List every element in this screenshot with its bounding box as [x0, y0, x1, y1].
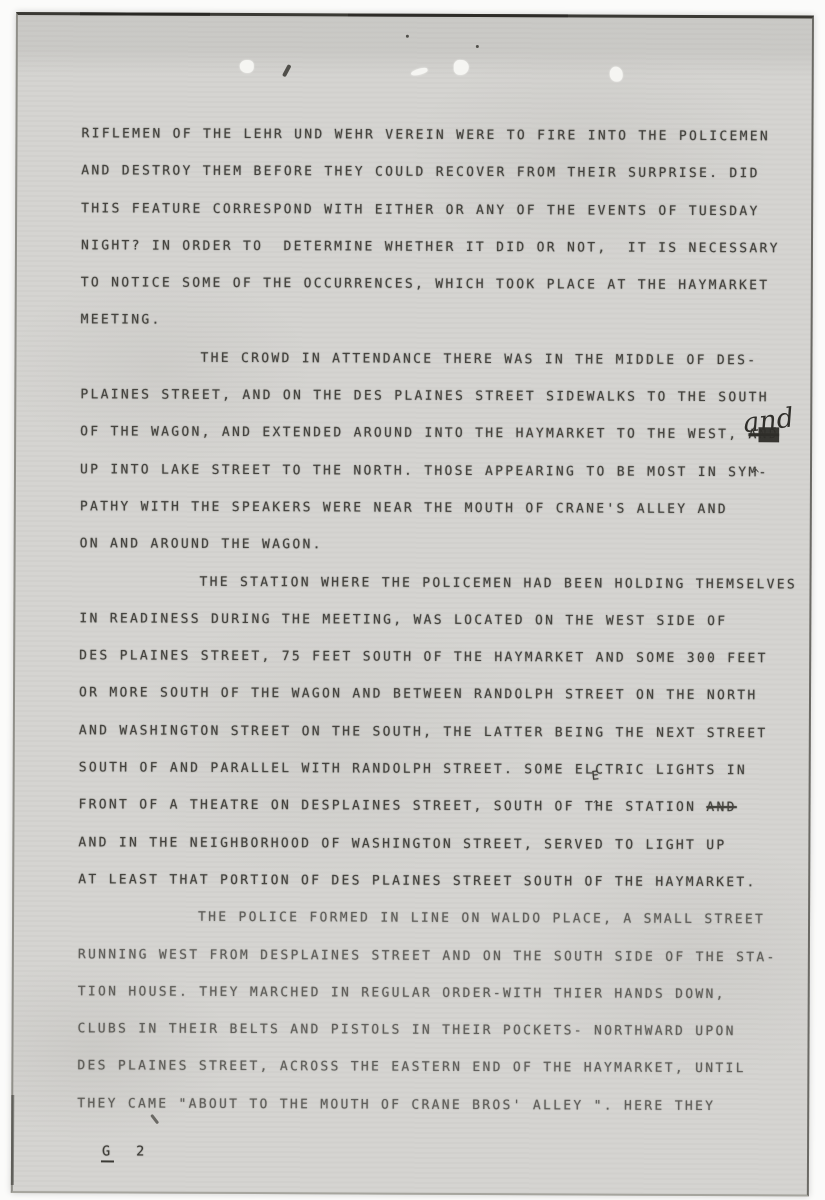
typed-text: RIFLEMEN OF THE LEHR UND WEHR VEREIN WER…	[81, 126, 770, 144]
page-footer: G2	[101, 1133, 146, 1170]
typed-line: THEY CAME "ABOUT TO THE MOUTH OF CRANE B…	[77, 1085, 797, 1125]
typed-line: AT LEAST THAT PORTION OF DES PLAINES STR…	[78, 861, 798, 901]
typed-line: THE CROWD IN ATTENDANCE THERE WAS IN THE…	[80, 339, 800, 379]
typed-text: AT LEAST THAT PORTION OF DES PLAINES STR…	[78, 872, 757, 890]
typed-text: AND WASHINGTON STREET ON THE SOUTH, THE …	[79, 723, 768, 741]
struck-out-text: AND	[706, 800, 736, 815]
typed-text: CLUBS IN THEIR BELTS AND PISTOLS IN THEI…	[78, 1021, 736, 1039]
ink-speck	[406, 35, 409, 38]
typed-text: THEY CAME "ABOUT TO THE MOUTH OF CRANE B…	[77, 1096, 715, 1114]
paper-top-edge-shadow	[80, 12, 210, 16]
insertion-caret: ^	[593, 787, 599, 824]
typed-text: AND DESTROY THEM BEFORE THEY COULD RECOV…	[81, 164, 760, 182]
typed-line: ON AND AROUND THE WAGON.	[80, 526, 800, 566]
ink-speck	[476, 45, 479, 48]
typed-line: RUNNING WEST FROM DESPLAINES STREET AND …	[78, 936, 798, 976]
typed-text: CTRIC LIGHTS IN	[595, 763, 747, 779]
typed-text: OR MORE SOUTH OF THE WAGON AND BETWEEN R…	[79, 686, 758, 704]
paper-hole-spot	[454, 60, 469, 75]
pen-tick-mark	[282, 64, 292, 77]
typed-line: TION HOUSE. THEY MARCHED IN REGULAR ORDE…	[78, 973, 798, 1013]
typed-line: DES PLAINES STREET, ACROSS THE EASTERN E…	[77, 1048, 797, 1088]
typed-text: SOUTH OF AND PARALLEL WITH RANDOLPH STRE…	[79, 760, 596, 777]
typed-text: THE STATION WHERE THE POLICEMEN HAD BEEN…	[199, 574, 797, 592]
typed-text: NIGHT? IN ORDER TO DETERMINE WHETHER IT …	[81, 238, 780, 256]
typed-text: RUNNING WEST FROM DESPLAINES STREET AND …	[78, 947, 777, 965]
typed-text: THE POLICE FORMED IN LINE ON WALDO PLACE…	[198, 910, 765, 927]
typed-line: MEETING.	[81, 302, 801, 342]
typed-text: TION HOUSE. THEY MARCHED IN REGULAR ORDE…	[78, 984, 726, 1002]
typed-line: NIGHT? IN ORDER TO DETERMINE WHETHER IT …	[81, 227, 801, 267]
document-page: RIFLEMEN OF THE LEHR UND WEHR VEREIN WER…	[11, 12, 814, 1196]
scan-canvas: { "page": { "background_color": "#fbfbfa…	[0, 0, 825, 1200]
typed-text-block: RIFLEMEN OF THE LEHR UND WEHR VEREIN WER…	[77, 115, 801, 1125]
typed-line: CLUBS IN THEIR BELTS AND PISTOLS IN THEI…	[77, 1010, 797, 1050]
typed-text: THIS FEATURE CORRESPOND WITH EITHER OR A…	[81, 201, 760, 219]
paper-left-edge-shadow	[11, 1095, 14, 1185]
typed-line: PLAINES STREET, AND ON THE DES PLAINES S…	[80, 376, 800, 416]
typed-line: OF THE WAGON, AND EXTENDED AROUND INTO T…	[80, 414, 800, 454]
typed-line: TO NOTICE SOME OF THE OCCURRENCES, WHICH…	[81, 264, 801, 304]
typed-line: UP INTO LAKE STREET TO THE NORTH. THOSE …	[80, 451, 800, 491]
typed-line: RIFLEMEN OF THE LEHR UND WEHR VEREIN WER…	[81, 115, 801, 155]
page-number: 2	[136, 1144, 146, 1160]
typed-line: SOUTH OF AND PARALLEL WITH RANDOLPH STRE…	[79, 749, 799, 789]
handwritten-word: and	[741, 400, 796, 443]
typed-text: FRONT OF A THEATRE ON DESPLAINES STREET,…	[79, 798, 707, 816]
typed-text: ON AND AROUND THE WAGON.	[80, 537, 323, 553]
typed-text: IN READINESS DURING THE MEETING, WAS LOC…	[79, 611, 727, 629]
typed-text: PATHY WITH THE SPEAKERS WERE NEAR THE MO…	[80, 499, 728, 517]
typed-line: THE STATION WHERE THE POLICEMEN HAD BEEN…	[79, 563, 799, 603]
typed-text: DES PLAINES STREET, ACROSS THE EASTERN E…	[77, 1059, 745, 1077]
typed-line: DES PLAINES STREET, 75 FEET SOUTH OF THE…	[79, 637, 799, 677]
typed-line: THE POLICE FORMED IN LINE ON WALDO PLACE…	[78, 899, 798, 939]
paper-hole-spot	[610, 67, 623, 82]
footer-letter-mark: G	[101, 1143, 114, 1162]
typed-text: DES PLAINES STREET, 75 FEET SOUTH OF THE…	[79, 648, 768, 666]
typed-line: AND WASHINGTON STREET ON THE SOUTH, THE …	[79, 712, 799, 752]
typed-lines: RIFLEMEN OF THE LEHR UND WEHR VEREIN WER…	[77, 115, 801, 1125]
typed-line: OR MORE SOUTH OF THE WAGON AND BETWEEN R…	[79, 675, 799, 715]
typed-line: IN READINESS DURING THE MEETING, WAS LOC…	[79, 600, 799, 640]
typed-text: TO NOTICE SOME OF THE OCCURRENCES, WHICH…	[81, 275, 770, 293]
paper-top-edge-shadow	[348, 13, 568, 17]
typed-line: AND IN THE NEIGHBORHOOD OF WASHINGTON ST…	[78, 824, 798, 864]
typed-line: FRONT OF A THEATRE ON DESPLAINES STREET,…	[78, 787, 798, 827]
insertion-caret: ^	[753, 456, 760, 493]
typed-line: PATHY WITH THE SPEAKERS WERE NEAR THE MO…	[80, 488, 800, 528]
typed-text: OF THE WAGON, AND EXTENDED AROUND INTO T…	[80, 425, 748, 443]
typed-line: THIS FEATURE CORRESPOND WITH EITHER OR A…	[81, 190, 801, 230]
typed-text: PLAINES STREET, AND ON THE DES PLAINES S…	[80, 387, 769, 405]
typed-text: MEETING.	[81, 313, 162, 328]
typed-text: AND IN THE NEIGHBORHOOD OF WASHINGTON ST…	[78, 835, 726, 853]
typed-text: UP INTO LAKE STREET TO THE NORTH. THOSE …	[80, 462, 769, 480]
typed-line: AND DESTROY THEM BEFORE THEY COULD RECOV…	[81, 153, 801, 193]
typed-text: THE CROWD IN ATTENDANCE THERE WAS IN THE…	[200, 351, 757, 368]
paper-scuff-mark	[410, 67, 428, 77]
paper-hole-spot	[240, 60, 254, 73]
